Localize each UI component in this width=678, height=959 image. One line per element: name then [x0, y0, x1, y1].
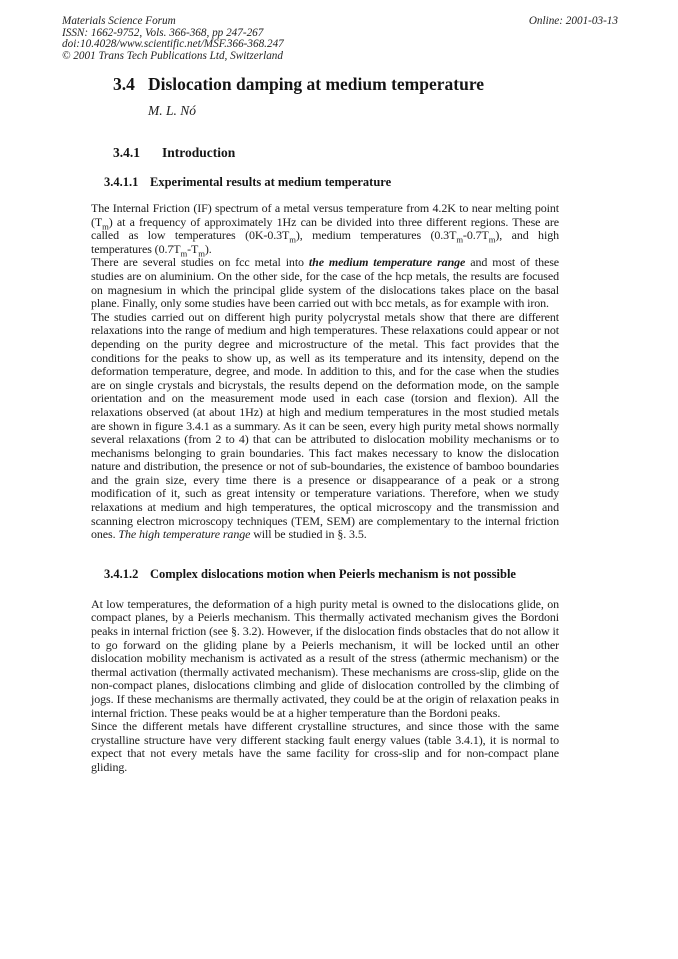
- paragraph: The studies carried out on different hig…: [91, 311, 559, 542]
- paragraph: The Internal Friction (IF) spectrum of a…: [91, 202, 559, 256]
- document-page: Materials Science Forum Online: 2001-03-…: [0, 0, 678, 959]
- section-number: 3.4.1: [113, 145, 162, 161]
- author: M. L. Nó: [148, 103, 559, 119]
- paragraph: Since the different metals have differen…: [91, 720, 559, 774]
- subsection-body-experimental-results: The Internal Friction (IF) spectrum of a…: [91, 202, 559, 542]
- paragraph: At low temperatures, the deformation of …: [91, 598, 559, 720]
- copyright-line: © 2001 Trans Tech Publications Ltd, Swit…: [62, 51, 618, 63]
- section-heading-text: Introduction: [162, 145, 235, 161]
- chapter-title-text: Dislocation damping at medium temperatur…: [148, 74, 484, 94]
- online-date: Online: 2001-03-13: [529, 16, 618, 28]
- chapter-title: 3.4 Dislocation damping at medium temper…: [113, 74, 559, 94]
- journal-header: Materials Science Forum Online: 2001-03-…: [62, 16, 618, 62]
- subsection-heading-text: Experimental results at medium temperatu…: [150, 175, 391, 190]
- page-content: 3.4 Dislocation damping at medium temper…: [91, 74, 559, 775]
- subsection-heading-complex-dislocations: 3.4.1.2 Complex dislocations motion when…: [104, 567, 559, 582]
- subsection-number: 3.4.1.1: [104, 175, 150, 190]
- paragraph: There are several studies on fcc metal i…: [91, 256, 559, 310]
- subsection-number: 3.4.1.2: [104, 567, 150, 582]
- subsection-heading-experimental-results: 3.4.1.1 Experimental results at medium t…: [104, 175, 559, 190]
- chapter-number: 3.4: [113, 74, 148, 94]
- journal-title: Materials Science Forum: [62, 16, 176, 28]
- subsection-heading-text: Complex dislocations motion when Peierls…: [150, 567, 516, 582]
- subsection-body-complex-dislocations: At low temperatures, the deformation of …: [91, 598, 559, 775]
- journal-header-row: Materials Science Forum Online: 2001-03-…: [62, 16, 618, 28]
- section-heading-introduction: 3.4.1 Introduction: [113, 145, 559, 161]
